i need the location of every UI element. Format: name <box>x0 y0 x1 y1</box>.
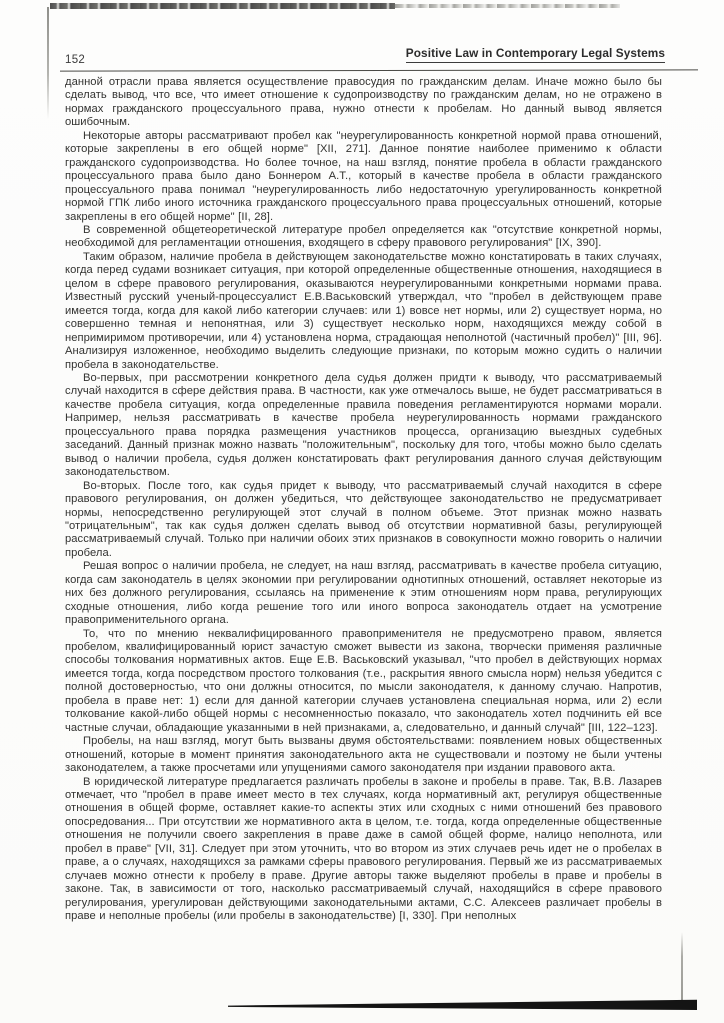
paragraph: данной отрасли права является осуществле… <box>65 76 662 130</box>
header-rule <box>60 69 698 71</box>
paragraph: Некоторые авторы рассматривают пробел ка… <box>65 130 662 224</box>
page-header: 152 Positive Law in Contemporary Legal S… <box>65 46 665 63</box>
paragraph: Пробелы, на наш взгляд, могут быть вызва… <box>65 735 662 775</box>
scan-artifact-top-edge-light <box>395 4 620 8</box>
paragraph: Таким образом, наличие пробела в действу… <box>65 251 662 372</box>
scan-artifact-right-edge <box>681 932 683 1002</box>
paragraph: В юридической литературе предлагается ра… <box>65 776 662 924</box>
paragraph: Решая вопрос о наличии пробела, не следу… <box>65 560 662 627</box>
scan-artifact-top-edge <box>50 3 395 9</box>
scan-artifact-bottom-edge <box>228 999 697 1011</box>
paragraph: Во-вторых. После того, как судья придет … <box>65 480 662 561</box>
page-number: 152 <box>65 54 85 66</box>
paragraph: То, что по мнению неквалифицированного п… <box>65 628 662 736</box>
paragraph: В современной общетеоретической литерату… <box>65 224 662 251</box>
paragraph: Во-первых, при рассмотрении конкретного … <box>65 372 662 480</box>
body-text: данной отрасли права является осуществле… <box>65 76 662 924</box>
running-title: Positive Law in Contemporary Legal Syste… <box>406 46 665 63</box>
scan-artifact-left-edge <box>47 7 49 119</box>
scanned-document-page: 152 Positive Law in Contemporary Legal S… <box>0 0 724 1023</box>
